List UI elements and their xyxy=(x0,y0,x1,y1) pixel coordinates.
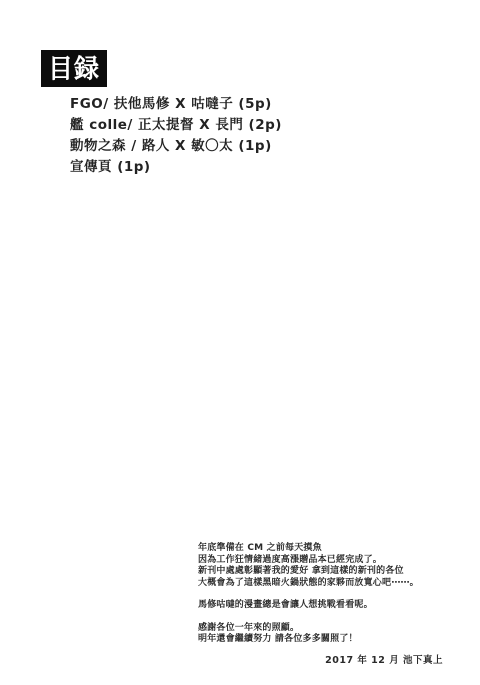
page-title: 目録 xyxy=(48,55,100,81)
afterword-paragraph: 年底準備在 CM 之前每天摸魚 因為工作狂情緒過度高漲贈品本已經完成了。 新刊中… xyxy=(198,543,458,589)
toc-item-kancolle: 艦 colle/ 正太提督 X 長門 (2p) xyxy=(70,115,282,136)
toc-item-fgo: FGO/ 扶他馬修 X 咕噠子 (5p) xyxy=(70,94,282,115)
afterword-line: 感謝各位一年來的照顧。 xyxy=(198,623,458,635)
toc-list: FGO/ 扶他馬修 X 咕噠子 (5p) 艦 colle/ 正太提督 X 長門 … xyxy=(70,94,282,178)
afterword-paragraph: 馬修咕噠的漫畫總是會讓人想挑戰看看呢。 xyxy=(198,600,458,612)
credit-line: 2017 年 12 月 池下真上 xyxy=(325,652,443,666)
afterword-paragraph: 感謝各位一年來的照顧。 明年還會繼續努力 請各位多多關照了！ xyxy=(198,623,458,646)
afterword-line: 因為工作狂情緒過度高漲贈品本已經完成了。 xyxy=(198,555,458,567)
afterword-line: 大概會為了這樣黑暗火鍋狀態的家夥而放寬心吧⋯⋯。 xyxy=(198,578,458,590)
toc-item-promo-page: 宣傳頁 (1p) xyxy=(70,157,282,178)
doujinshi-toc-page: 目録 FGO/ 扶他馬修 X 咕噠子 (5p) 艦 colle/ 正太提督 X … xyxy=(0,0,480,685)
afterword-line: 馬修咕噠的漫畫總是會讓人想挑戰看看呢。 xyxy=(198,600,458,612)
afterword-line: 明年還會繼續努力 請各位多多關照了！ xyxy=(198,634,458,646)
afterword-line: 新刊中處處彰顯著我的愛好 拿到這樣的新刊的各位 xyxy=(198,566,458,578)
toc-item-animal-crossing: 動物之森 / 路人 X 敏〇太 (1p) xyxy=(70,136,282,157)
page-title-box: 目録 xyxy=(41,50,107,87)
afterword-block: 年底準備在 CM 之前每天摸魚 因為工作狂情緒過度高漲贈品本已經完成了。 新刊中… xyxy=(198,543,458,657)
afterword-line: 年底準備在 CM 之前每天摸魚 xyxy=(198,543,458,555)
